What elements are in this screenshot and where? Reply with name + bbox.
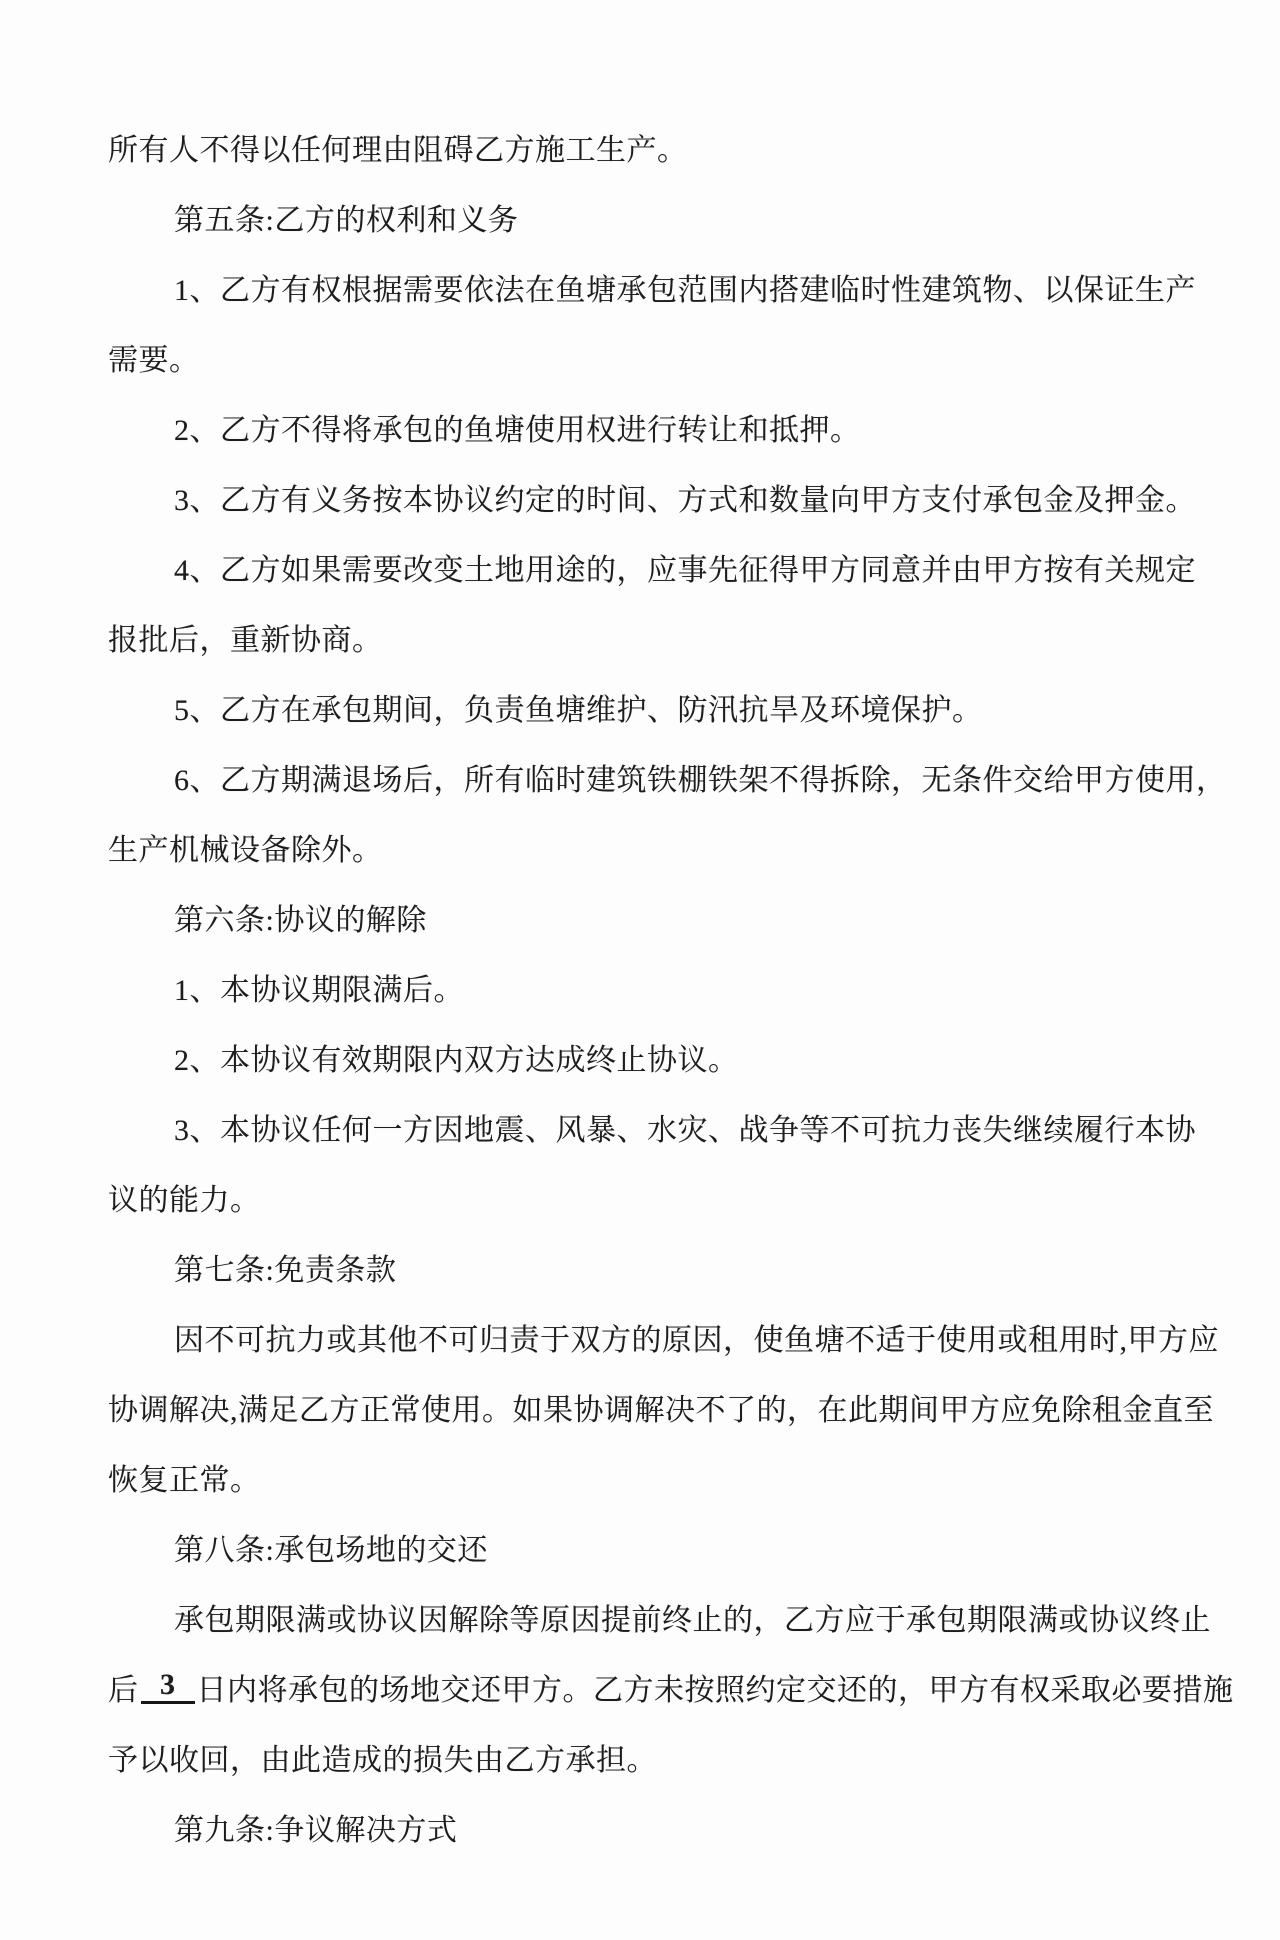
- clause-item: 1、乙方有权根据需要依法在鱼塘承包范围内搭建临时性建筑物、以保证生产: [108, 252, 1238, 322]
- clause-item: 6、乙方期满退场后，所有临时建筑铁棚铁架不得拆除，无条件交给甲方使用，: [108, 742, 1238, 812]
- clause-item: 3、本协议任何一方因地震、风暴、水灾、战争等不可抗力丧失继续履行本协: [108, 1092, 1238, 1162]
- clause-heading: 第八条:承包场地的交还: [108, 1512, 1238, 1582]
- contract-line: 予以收回，由此造成的损失由乙方承担。: [108, 1722, 1238, 1792]
- clause-heading: 第九条:争议解决方式: [108, 1792, 1238, 1862]
- clause-paragraph: 因不可抗力或其他不可归责于双方的原因，使鱼塘不适于使用或租用时,甲方应: [108, 1302, 1238, 1372]
- contract-line: 议的能力。: [108, 1162, 1238, 1232]
- line-text-pre: 后: [108, 1665, 139, 1709]
- contract-line: 所有人不得以任何理由阻碍乙方施工生产。: [108, 112, 1238, 182]
- clause-heading: 第五条:乙方的权利和义务: [108, 182, 1238, 252]
- contract-line: 需要。: [108, 322, 1238, 392]
- scanned-contract-page: 所有人不得以任何理由阻碍乙方施工生产。 第五条:乙方的权利和义务 1、乙方有权根…: [0, 0, 1280, 1940]
- contract-line-with-blank: 后 3 日内将承包的场地交还甲方。乙方未按照约定交还的，甲方有权采取必要措施: [108, 1652, 1238, 1722]
- filled-blank-days: 3: [141, 1670, 195, 1704]
- clause-paragraph: 承包期限满或协议因解除等原因提前终止的，乙方应于承包期限满或协议终止: [108, 1582, 1238, 1652]
- contract-line: 恢复正常。: [108, 1442, 1238, 1512]
- clause-item: 5、乙方在承包期间，负责鱼塘维护、防汛抗旱及环境保护。: [108, 672, 1238, 742]
- clause-item: 2、本协议有效期限内双方达成终止协议。: [108, 1022, 1238, 1092]
- clause-heading: 第七条:免责条款: [108, 1232, 1238, 1302]
- contract-line: 协调解决,满足乙方正常使用。如果协调解决不了的，在此期间甲方应免除租金直至: [108, 1372, 1238, 1442]
- clause-item: 1、本协议期限满后。: [108, 952, 1238, 1022]
- clause-item: 4、乙方如果需要改变土地用途的，应事先征得甲方同意并由甲方按有关规定: [108, 532, 1238, 602]
- clause-item: 3、乙方有义务按本协议约定的时间、方式和数量向甲方支付承包金及押金。: [108, 462, 1238, 532]
- line-text-post: 日内将承包的场地交还甲方。乙方未按照约定交还的，甲方有权采取必要措施: [197, 1665, 1234, 1709]
- contract-line: 生产机械设备除外。: [108, 812, 1238, 882]
- clause-heading: 第六条:协议的解除: [108, 882, 1238, 952]
- contract-line: 报批后，重新协商。: [108, 602, 1238, 672]
- contract-body: 所有人不得以任何理由阻碍乙方施工生产。 第五条:乙方的权利和义务 1、乙方有权根…: [108, 112, 1238, 1862]
- clause-item: 2、乙方不得将承包的鱼塘使用权进行转让和抵押。: [108, 392, 1238, 462]
